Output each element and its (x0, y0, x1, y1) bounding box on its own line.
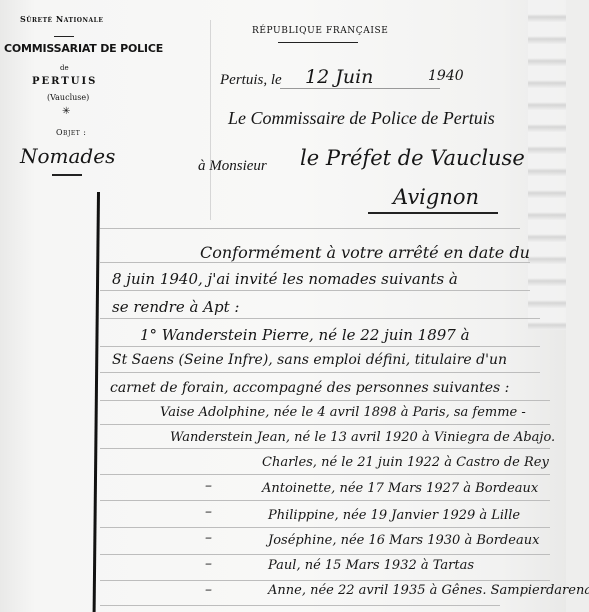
letter-date: 12 Juin (305, 66, 373, 88)
body-line: carnet de forain, accompagné des personn… (110, 380, 509, 396)
ruled-line (100, 500, 550, 501)
list-dash: – (205, 478, 212, 494)
paper-edge (566, 0, 589, 612)
list-dash: – (205, 556, 212, 572)
divider (54, 36, 74, 37)
body-line: Conformément à votre arrêté en date du (200, 243, 530, 262)
ornament-icon: ✳ (62, 106, 70, 117)
ruled-line (100, 474, 550, 475)
person-entry: Charles, né le 21 juin 1922 à Castro de … (262, 455, 549, 470)
place-prefix: Pertuis, le (220, 72, 282, 89)
ruled-line (100, 424, 550, 425)
office-de: de (60, 64, 69, 72)
to-prefix: à Monsieur (198, 158, 267, 175)
person-entry: Joséphine, née 16 Mars 1930 à Bordeaux (268, 533, 539, 548)
town-name: PERTUIS (32, 76, 97, 87)
ruled-line (100, 554, 550, 555)
ruled-line (100, 290, 530, 291)
ruled-line (100, 605, 500, 606)
ruled-line (100, 228, 520, 229)
person-entry: Anne, née 22 avril 1935 à Gênes. Sampier… (268, 583, 589, 598)
republic-heading: RÉPUBLIQUE FRANÇAISE (252, 26, 388, 36)
person-entry: Philippine, née 19 Janvier 1929 à Lille (268, 508, 520, 523)
object-underline (52, 174, 82, 176)
body-line: 1° Wanderstein Pierre, né le 22 juin 189… (140, 326, 470, 344)
ruled-line (100, 400, 550, 401)
recipient-city: Avignon (393, 185, 479, 209)
department-name: (Vaucluse) (47, 93, 89, 102)
date-rule (280, 88, 440, 89)
ruled-line (100, 527, 550, 528)
person-entry: Vaise Adolphine, née le 4 avril 1898 à P… (160, 405, 526, 420)
ruled-line (100, 580, 550, 581)
list-dash: – (205, 582, 212, 598)
ruled-line (100, 262, 530, 263)
body-line: se rendre à Apt : (112, 298, 239, 316)
ruled-line (100, 448, 550, 449)
body-line: 8 juin 1940, j'ai invité les nomades sui… (112, 270, 458, 288)
object-label: Objet : (56, 128, 87, 137)
list-dash: – (205, 530, 212, 546)
list-dash: – (205, 504, 212, 520)
sender: Le Commissaire de Police de Pertuis (228, 108, 495, 129)
city-underline (368, 212, 498, 214)
paper-fold (528, 0, 568, 330)
person-entry: Wanderstein Jean, né le 13 avril 1920 à … (170, 430, 555, 445)
person-entry: Paul, né 15 Mars 1932 à Tartas (268, 558, 474, 573)
faint-column-rule (210, 20, 211, 220)
ruled-line (100, 318, 540, 319)
body-line: St Saens (Seine Infre), sans emploi défi… (112, 352, 507, 368)
recipient: le Préfet de Vaucluse (300, 146, 525, 170)
person-entry: Antoinette, née 17 Mars 1927 à Bordeaux (262, 481, 538, 496)
object-value: Nomades (20, 144, 115, 168)
office-name: COMMISSARIAT DE POLICE (4, 42, 163, 55)
divider (278, 42, 358, 43)
letter-year: 1940 (428, 68, 464, 84)
service-name: Sûreté Nationale (20, 14, 103, 24)
ruled-line (100, 372, 540, 373)
ruled-line (100, 346, 540, 347)
